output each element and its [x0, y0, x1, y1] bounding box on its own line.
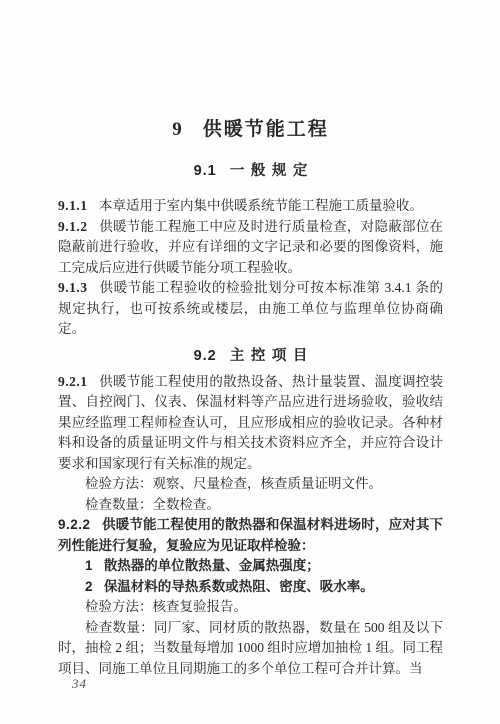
item-text: 散热器的单位散热量、金属热强度；	[104, 558, 320, 573]
section-number: 9.2	[194, 348, 217, 364]
section-heading-9-1: 9.1一般规定	[58, 161, 443, 181]
page-number: 34	[72, 676, 87, 692]
section-title-text: 一般规定	[230, 163, 314, 179]
section-number: 9.1	[194, 163, 217, 179]
clause-9-2-1: 9.2.1供暖节能工程使用的散热设备、热计量装置、温度调控装置、自控阀门、仪表、…	[58, 372, 443, 475]
clause-9-2-2: 9.2.2供暖节能工程使用的散热器和保温材料进场时，应对其下列性能进行复验，复验…	[58, 515, 443, 556]
section-heading-9-2: 9.2主控项目	[58, 346, 443, 366]
item-number: 2	[85, 579, 93, 594]
clause-9-1-2: 9.1.2供暖节能工程施工中应及时进行质量检查，对隐蔽部位在隐蔽前进行验收，并应…	[58, 217, 443, 279]
clause-9-1-3: 9.1.3供暖节能工程验收的检验批划分可按本标准第 3.4.1 条的规定执行，也…	[58, 278, 443, 340]
clause-9-2-2-item-1: 1散热器的单位散热量、金属热强度；	[58, 556, 443, 577]
clause-text: 供暖节能工程使用的散热设备、热计量装置、温度调控装置、自控阀门、仪表、保温材料等…	[58, 374, 443, 471]
body-text: 9.1.1本章适用于室内集中供暖系统节能工程施工质量验收。 9.1.2供暖节能工…	[58, 196, 443, 679]
item-text: 保温材料的导热系数或热阻、密度、吸水率。	[104, 579, 374, 594]
clause-9-1-1: 9.1.1本章适用于室内集中供暖系统节能工程施工质量验收。	[58, 196, 443, 217]
chapter-number: 9	[172, 119, 182, 140]
page-content: 9供暖节能工程 9.1一般规定 9.1.1本章适用于室内集中供暖系统节能工程施工…	[58, 0, 443, 679]
clause-9-2-1-method: 检验方法：观察、尺量检查，核查质量证明文件。	[58, 474, 443, 495]
clause-9-2-1-quantity: 检查数量：全数检查。	[58, 495, 443, 516]
chapter-title: 9供暖节能工程	[58, 0, 443, 143]
clause-text: 本章适用于室内集中供暖系统节能工程施工质量验收。	[99, 198, 423, 213]
clause-9-2-2-item-2: 2保温材料的导热系数或热阻、密度、吸水率。	[58, 577, 443, 598]
clause-text: 供暖节能工程使用的散热器和保温材料进场时，应对其下列性能进行复验，复验应为见证取…	[58, 517, 443, 553]
clause-number: 9.1.3	[58, 280, 88, 295]
item-number: 1	[85, 558, 93, 573]
document-page: 9供暖节能工程 9.1一般规定 9.1.1本章适用于室内集中供暖系统节能工程施工…	[0, 0, 500, 724]
clause-text: 供暖节能工程施工中应及时进行质量检查，对隐蔽部位在隐蔽前进行验收，并应有详细的文…	[58, 219, 443, 275]
clause-number: 9.2.2	[58, 517, 91, 532]
clause-text: 供暖节能工程验收的检验批划分可按本标准第 3.4.1 条的规定执行，也可按系统或…	[58, 280, 443, 336]
clause-number: 9.1.2	[58, 219, 88, 234]
chapter-title-text: 供暖节能工程	[203, 119, 329, 140]
clause-9-2-2-method: 检验方法：核查复验报告。	[58, 597, 443, 618]
clause-number: 9.2.1	[58, 374, 88, 389]
clause-number: 9.1.1	[58, 198, 88, 213]
clause-9-2-2-quantity: 检查数量：同厂家、同材质的散热器，数量在 500 组及以下时，抽检 2 组；当数…	[58, 618, 443, 680]
section-title-text: 主控项目	[230, 348, 314, 364]
